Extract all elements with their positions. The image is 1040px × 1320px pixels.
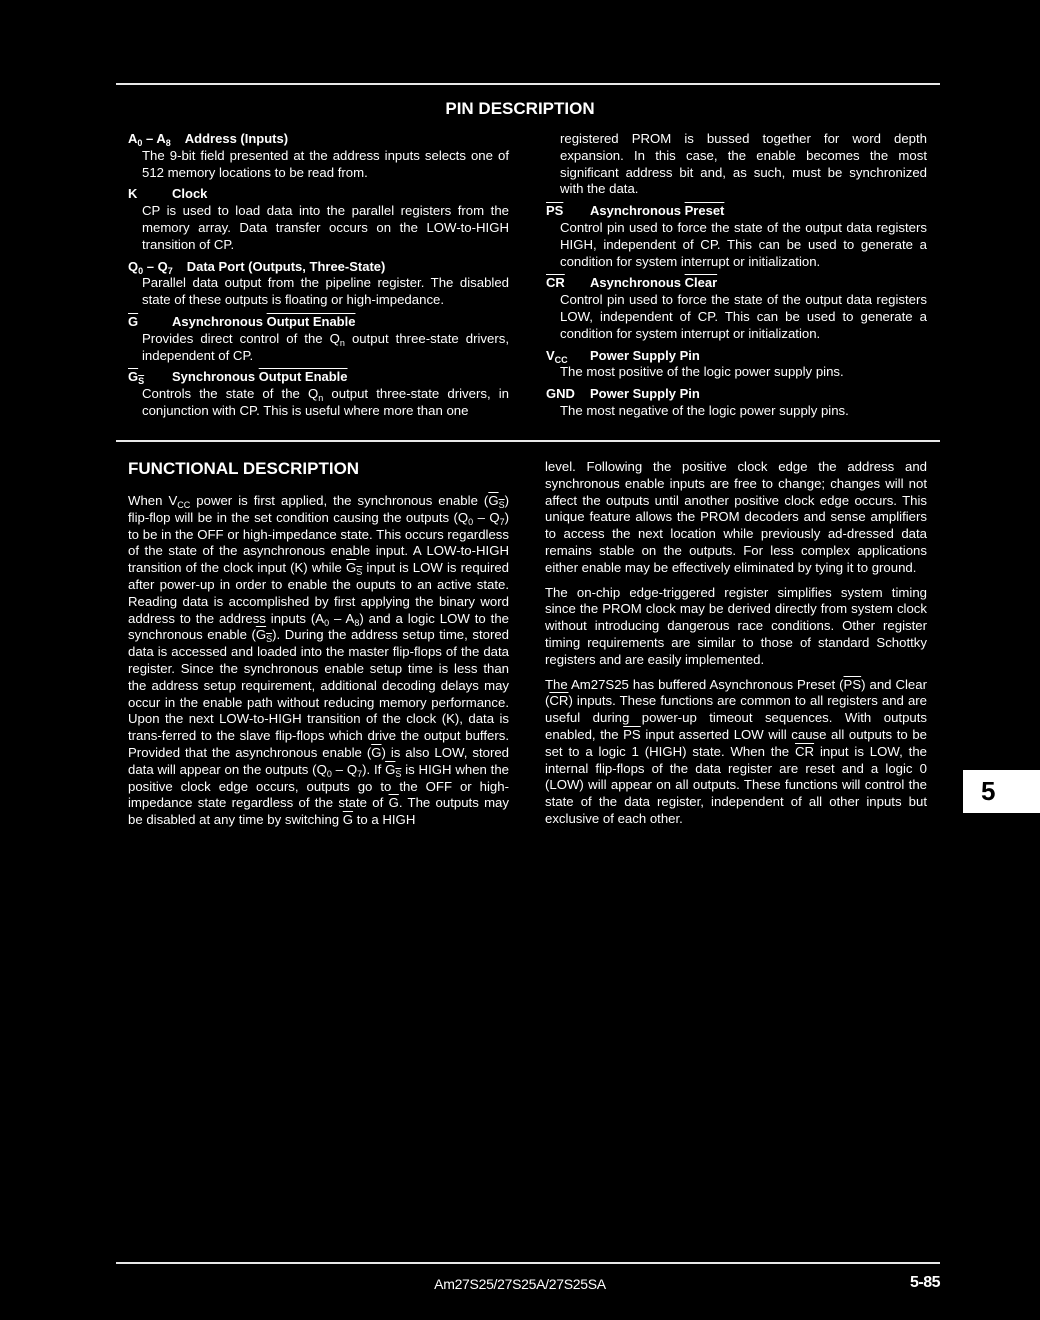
paragraph: When VCC power is first applied, the syn… [128, 493, 509, 829]
pin-description-title: PIN DESCRIPTION [0, 99, 1040, 119]
pin-description-text: Control pin used to force the state of t… [546, 292, 927, 342]
pin-heading: PSAsynchronous Preset [546, 203, 927, 220]
pin-entry: GSSynchronous Output EnableControls the … [128, 369, 509, 419]
pin-name: Power Supply Pin [590, 348, 700, 363]
pin-description-text: The most positive of the logic power sup… [546, 364, 927, 381]
pin-symbol: GND [546, 386, 576, 403]
pin-name: Asynchronous Preset [590, 203, 724, 218]
pin-symbol: G [128, 314, 158, 331]
pin-entry: GAsynchronous Output EnableProvides dire… [128, 314, 509, 364]
pin-name: Asynchronous Output Enable [172, 314, 355, 329]
pin-heading: A0 – A8Address (Inputs) [128, 131, 509, 148]
pin-description-text: Controls the state of the Qn output thre… [128, 386, 509, 420]
pin-entry: A0 – A8Address (Inputs)The 9-bit field p… [128, 131, 509, 181]
pin-entry: VCCPower Supply PinThe most positive of … [546, 348, 927, 382]
pin-heading: GSSynchronous Output Enable [128, 369, 509, 386]
pin-name: Address (Inputs) [185, 131, 288, 146]
pin-name: Data Port (Outputs, Three-State) [187, 259, 386, 274]
pin-description-text: CP is used to load data into the paralle… [128, 203, 509, 253]
pin-name: Power Supply Pin [590, 386, 700, 401]
pin-symbol: Q0 – Q7 [128, 259, 173, 276]
pin-heading: GAsynchronous Output Enable [128, 314, 509, 331]
pin-entry: KClockCP is used to load data into the p… [128, 186, 509, 253]
pin-symbol: GS [128, 369, 158, 386]
pin-symbol: PS [546, 203, 576, 220]
pin-heading: Q0 – Q7Data Port (Outputs, Three-State) [128, 259, 509, 276]
pin-description-right-column: registered PROM is bussed together for w… [546, 131, 927, 425]
pin-name: Asynchronous Clear [590, 275, 717, 290]
pin-heading: VCCPower Supply Pin [546, 348, 927, 365]
functional-description-left-column: When VCC power is first applied, the syn… [128, 493, 509, 837]
pin-name: Clock [172, 186, 207, 201]
pin-description-text: Control pin used to force the state of t… [546, 220, 927, 270]
pin-entry: GNDPower Supply PinThe most negative of … [546, 386, 927, 420]
pin-description-text: Provides direct control of the Qn output… [128, 331, 509, 365]
pin-entry: CRAsynchronous ClearControl pin used to … [546, 275, 927, 342]
section-tab-marker: 5 [963, 770, 1040, 813]
pin-entry: Q0 – Q7Data Port (Outputs, Three-State)P… [128, 259, 509, 309]
pin-heading: KClock [128, 186, 509, 203]
pin-description-continuation: registered PROM is bussed together for w… [546, 131, 927, 198]
pin-description-text: The 9-bit field presented at the address… [128, 148, 509, 182]
footer-page-number: 5-85 [910, 1274, 940, 1292]
pin-heading: GNDPower Supply Pin [546, 386, 927, 403]
bottom-rule [116, 1262, 940, 1264]
paragraph: The Am27S25 has buffered Asynchronous Pr… [545, 677, 927, 828]
pin-description-left-column: A0 – A8Address (Inputs)The 9-bit field p… [128, 131, 509, 425]
paragraph: level. Following the positive clock edge… [545, 459, 927, 577]
pin-symbol: K [128, 186, 158, 203]
functional-description-title: FUNCTIONAL DESCRIPTION [128, 459, 359, 479]
pin-description-text: The most negative of the logic power sup… [546, 403, 927, 420]
functional-description-right-column: level. Following the positive clock edge… [545, 459, 927, 836]
middle-rule [116, 440, 940, 442]
pin-symbol: CR [546, 275, 576, 292]
pin-heading: CRAsynchronous Clear [546, 275, 927, 292]
top-rule [116, 83, 940, 85]
footer-part-number: Am27S25/27S25A/27S25SA [0, 1276, 1040, 1292]
pin-entry: PSAsynchronous PresetControl pin used to… [546, 203, 927, 270]
pin-symbol: A0 – A8 [128, 131, 171, 148]
pin-name: Synchronous Output Enable [172, 369, 348, 384]
pin-symbol: VCC [546, 348, 576, 365]
paragraph: The on-chip edge-triggered register simp… [545, 585, 927, 669]
pin-description-text: Parallel data output from the pipeline r… [128, 275, 509, 309]
